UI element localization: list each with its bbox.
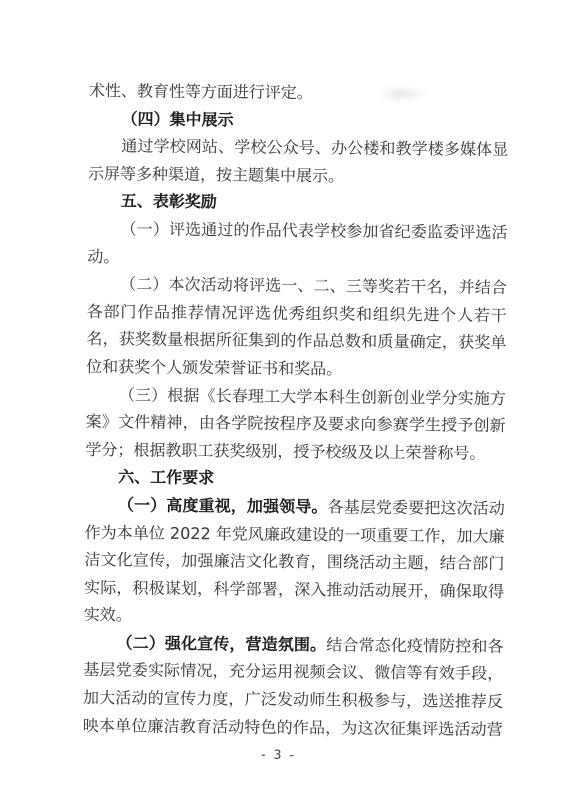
text-segment: 各部门作品推荐情况评选优秀组织奖和组织先进个人若干	[87, 302, 507, 325]
body-line: 学分；根据教职工获奖级别，授予校级及以上荣誉称号。	[85, 436, 505, 468]
text-segment: （三）根据《长春理工大学本科生创新创业学分实施方	[119, 385, 506, 408]
document-text-block: 术性、教育性等方面进行评定。 （四）集中展示 通过学校网站、学校公众号、办公楼和…	[82, 77, 509, 764]
body-line: 映本单位廉洁教育活动特色的作品，为这次征集评选活动营	[83, 712, 503, 744]
body-line: 基层党委实际情况，充分运用视频会议、微信等有效手段，	[83, 656, 503, 688]
page-number: - 3 -	[68, 745, 488, 764]
text-segment: 名，获奖数量根据所征集到的作品总数和质量确定，获奖单	[86, 329, 506, 352]
document-page: 术性、教育性等方面进行评定。 （四）集中展示 通过学校网站、学校公众号、办公楼和…	[0, 0, 566, 800]
text-segment: 映本单位廉洁教育活动特色的作品，为这次征集评选活动营	[83, 716, 503, 739]
body-line: 通过学校网站、学校公众号、办公楼和教学楼多媒体显	[88, 132, 508, 164]
body-line: （一）高度重视，加强领导。各基层党委要把这次活动	[85, 491, 505, 523]
heading-line: （四）集中展示	[88, 105, 508, 137]
text-segment: 作为本单位 2022 年党风廉政建设的一项重要工作，加大廉	[85, 522, 505, 545]
body-line: （二）本次活动将评选一、二、三等奖若干名，并结合	[87, 270, 507, 302]
text-segment: （二）本次活动将评选一、二、三等奖若干名，并结合	[120, 274, 507, 297]
body-line: 术性、教育性等方面进行评定。	[89, 77, 509, 109]
text-segment: （一）评选通过的作品代表学校参加省纪委监委评选活	[120, 219, 507, 242]
body-line: （二）强化宣传，营造氛围。结合常态化疫情防控和各	[83, 629, 503, 661]
heading-line: 六、工作要求	[85, 463, 505, 495]
text-segment: 各基层党委要把这次活动	[327, 497, 504, 518]
text-segment: 洁文化宣传，加强廉洁文化教育，围绕活动主题，结合部门	[84, 550, 504, 573]
body-line: 名，获奖数量根据所征集到的作品总数和质量确定，获奖单	[86, 325, 506, 357]
body-line: 作为本单位 2022 年党风廉政建设的一项重要工作，加大廉	[84, 518, 504, 550]
text-segment: 加大活动的宣传力度，广泛发动师生积极参与，选送推荐反	[83, 688, 503, 711]
body-line: 实效。	[84, 601, 504, 633]
body-line: （三）根据《长春理工大学本科生创新创业学分实施方	[86, 381, 506, 413]
text-segment: 结合常态化疫情防控和各	[326, 635, 503, 656]
bold-segment: （一）高度重视，加强领导。	[118, 495, 328, 516]
text-segment: 学分；根据教职工获奖级别，授予校级及以上荣誉称号。	[85, 440, 485, 463]
body-line: 实际，积极谋划，科学部署，深入推动活动展开，确保取得	[84, 574, 504, 606]
heading-text: 五、表彰奖励	[121, 192, 217, 212]
text-segment: 基层党委实际情况，充分运用视频会议、微信等有效手段，	[83, 660, 503, 683]
body-line: 加大活动的宣传力度，广泛发动师生积极参与，选送推荐反	[83, 684, 503, 716]
body-line: 示屏等多种渠道，按主题集中展示。	[88, 160, 508, 192]
text-segment: 通过学校网站、学校公众号、办公楼和教学楼多媒体显	[121, 137, 508, 160]
text-segment: 位和获奖个人颁发荣誉证书和奖品。	[86, 357, 342, 378]
text-segment: 实际，积极谋划，科学部署，深入推动活动展开，确保取得	[84, 578, 504, 601]
text-segment: 动。	[87, 247, 119, 266]
body-line: 洁文化宣传，加强廉洁文化教育，围绕活动主题，结合部门	[84, 546, 504, 578]
body-line: 案》文件精神，由各学院按程序及要求向参赛学生授予创新	[86, 408, 506, 440]
text-segment: 实效。	[84, 605, 132, 624]
body-line: （一）评选通过的作品代表学校参加省纪委监委评选活	[87, 215, 507, 247]
heading-line: 五、表彰奖励	[88, 187, 508, 219]
body-line: 位和获奖个人颁发荣誉证书和奖品。	[86, 353, 506, 385]
heading-text: （四）集中展示	[122, 109, 234, 129]
body-line: 动。	[87, 243, 507, 275]
heading-text: 六、工作要求	[118, 468, 214, 488]
text-segment: 案》文件精神，由各学院按程序及要求向参赛学生授予创新	[86, 412, 506, 435]
text-segment: 术性、教育性等方面进行评定。	[89, 81, 313, 102]
text-segment: 示屏等多种渠道，按主题集中展示。	[88, 164, 344, 185]
bold-segment: （二）强化宣传，营造氛围。	[116, 633, 326, 654]
body-line: 各部门作品推荐情况评选优秀组织奖和组织先进个人若干	[87, 298, 507, 330]
